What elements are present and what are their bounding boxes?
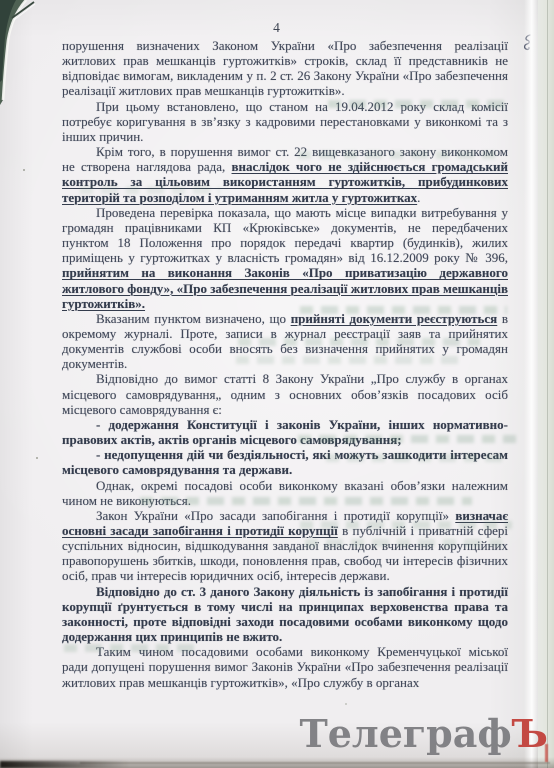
text-segment: порушення визначених Законом України «Пр… (62, 38, 508, 98)
page-number: 4 (0, 20, 554, 36)
page-bottom-edge-line (80, 762, 550, 764)
dust-speck (23, 169, 25, 171)
paragraph: Проведена перевірка показала, що мають м… (62, 205, 508, 311)
text-segment: - недопущення дій чи бездіяльності, які … (62, 447, 508, 477)
ink-bleed-artifact (300, 521, 512, 529)
telegraf-watermark: ТелеграфЪ (299, 712, 548, 756)
page-bottom-dark-corner (0, 761, 130, 768)
ink-bleed-artifact (300, 306, 507, 314)
page-corner-shadow (0, 0, 60, 110)
ink-bleed-artifact (328, 100, 506, 108)
text-segment: . (417, 190, 420, 205)
scanned-document-page: 4 порушення визначених Законом України «… (0, 0, 554, 768)
text-segment: прийнятим на виконання Законів «Про прив… (62, 265, 508, 310)
text-segment: Проведена перевірка показала, що мають м… (62, 205, 508, 265)
page-right-edge-band (538, 0, 554, 768)
ink-bleed-artifact (236, 356, 466, 364)
ink-bleed-artifact (305, 539, 510, 547)
text-segment: Відповідно до ст. 3 даного Закону діяльн… (62, 584, 508, 644)
dust-speck (345, 703, 347, 705)
ink-bleed-artifact (80, 186, 220, 194)
page-right-edge-highlight (524, 0, 538, 768)
paragraph: порушення визначених Законом України «Пр… (62, 38, 508, 99)
ink-bleed-artifact (238, 338, 480, 346)
ink-bleed-artifact (64, 644, 196, 652)
watermark-hard-sign: Ъ (512, 711, 548, 756)
paragraph: Відповідно до ст. 3 даного Закону діяльн… (62, 584, 508, 645)
ink-bleed-artifact (326, 454, 508, 462)
ink-bleed-artifact (298, 435, 516, 443)
watermark-word: Телеграф (299, 711, 511, 756)
paragraph: - недопущення дій чи бездіяльності, які … (62, 447, 508, 477)
ink-bleed-artifact (140, 497, 472, 505)
dust-speck (36, 457, 38, 459)
text-segment: Відповідно до вимог статті 8 Закону Укра… (62, 371, 508, 416)
text-segment: Вказаним пунктом визначено, що (96, 311, 291, 326)
ink-bleed-artifact (298, 151, 503, 159)
paragraph: Відповідно до вимог статті 8 Закону Укра… (62, 371, 508, 416)
